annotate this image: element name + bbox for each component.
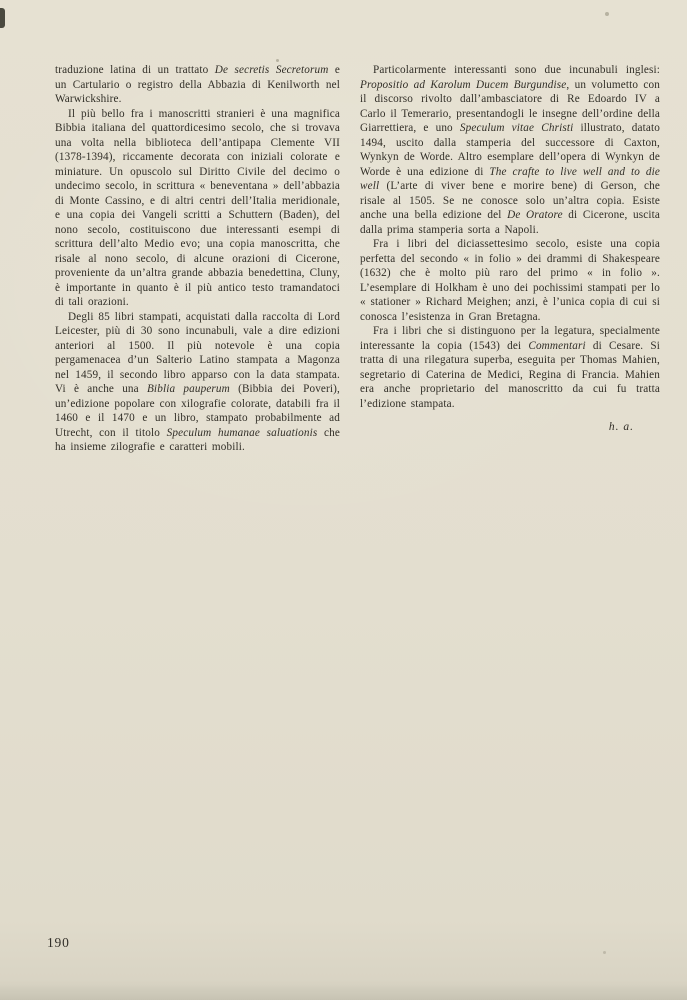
paragraph: Il più bello fra i manoscritti stranieri… xyxy=(55,107,340,310)
page-content: traduzione latina di un trattato De secr… xyxy=(55,63,660,455)
scanned-book-page: traduzione latina di un trattato De secr… xyxy=(0,0,687,1000)
paragraph: Particolarmente interessanti sono due in… xyxy=(360,63,660,237)
right-column-paragraphs: Particolarmente interessanti sono due in… xyxy=(360,63,660,411)
italic-text-segment: De Oratore xyxy=(507,209,563,221)
paper-blemish-dot xyxy=(276,59,279,62)
right-text-column: Particolarmente interessanti sono due in… xyxy=(360,63,660,455)
scan-artifact-speck xyxy=(0,8,5,28)
italic-text-segment: Speculum vitae Christi xyxy=(460,122,573,134)
text-segment: Particolarmente interessanti sono due in… xyxy=(373,64,660,76)
paper-blemish-dot xyxy=(603,951,606,954)
paper-blemish-dot xyxy=(605,12,609,16)
page-bottom-edge-shadow xyxy=(0,985,687,1000)
page-number: 190 xyxy=(47,935,70,951)
left-text-column: traduzione latina di un trattato De secr… xyxy=(55,63,340,455)
text-segment: Il più bello fra i manoscritti stranieri… xyxy=(55,108,340,309)
text-segment: traduzione latina di un trattato xyxy=(55,64,215,76)
paragraph: Fra i libri che si distinguono per la le… xyxy=(360,324,660,411)
paragraph: Fra i libri del diciassettesimo secolo, … xyxy=(360,237,660,324)
italic-text-segment: Propositio ad Karolum Ducem Burgundise xyxy=(360,79,566,91)
italic-text-segment: Biblia pauperum xyxy=(147,383,230,395)
text-segment: Fra i libri del diciassettesimo secolo, … xyxy=(360,238,660,323)
author-initials: h. a. xyxy=(360,421,660,433)
paragraph: traduzione latina di un trattato De secr… xyxy=(55,63,340,107)
paragraph: Degli 85 libri stampati, acquistati dall… xyxy=(55,310,340,455)
italic-text-segment: Speculum humanae saluationis xyxy=(167,427,318,439)
italic-text-segment: De secretis Secretorum xyxy=(215,64,329,76)
italic-text-segment: Commentari xyxy=(528,340,585,352)
